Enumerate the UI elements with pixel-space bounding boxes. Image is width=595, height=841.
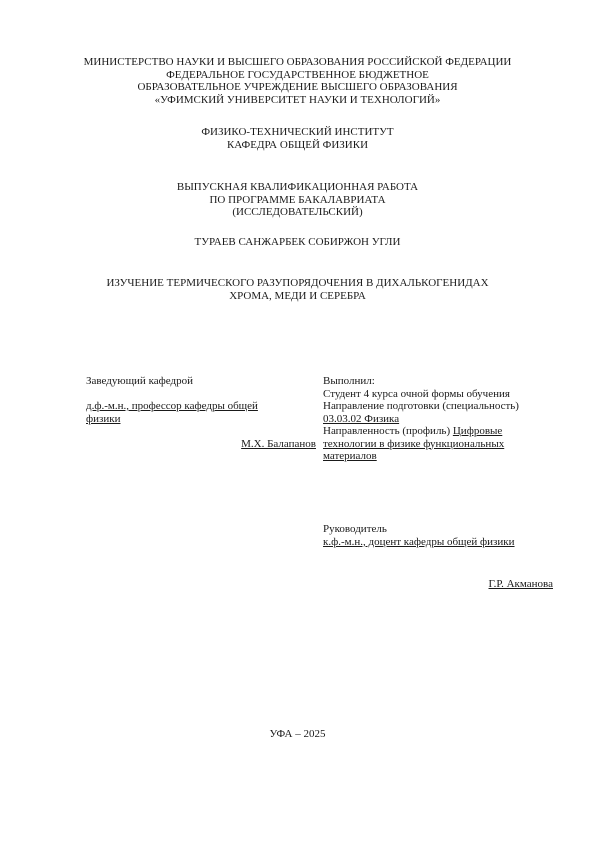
- head-position: д.ф.-м.н., профессор кафедры общей: [86, 400, 258, 412]
- work-type-line: ВЫПУСКНАЯ КВАЛИФИКАЦИОННАЯ РАБОТА: [0, 181, 595, 194]
- head-name-line: М.Х. Балапанов: [86, 438, 316, 451]
- institute-name: ФИЗИКО-ТЕХНИЧЕСКИЙ ИНСТИТУТ: [0, 126, 595, 139]
- profile-label: Направленность (профиль): [323, 425, 450, 437]
- direction-value: 03.03.02 Физика: [323, 413, 399, 425]
- profile-value-cont: материалов: [323, 450, 377, 462]
- department-name: КАФЕДРА ОБЩЕЙ ФИЗИКИ: [0, 139, 595, 152]
- supervisor-position-line: к.ф.-м.н., доцент кафедры общей физики: [323, 536, 553, 549]
- work-type-line: (ИССЛЕДОВАТЕЛЬСКИЙ): [0, 206, 595, 219]
- city-year: УФА – 2025: [0, 728, 595, 741]
- performed-block: Выполнил: Студент 4 курса очной формы об…: [323, 375, 563, 463]
- student-info: Студент 4 курса очной формы обучения: [323, 388, 563, 401]
- supervisor-label: Руководитель: [323, 523, 553, 536]
- supervisor-position: к.ф.-м.н., доцент кафедры общей физики: [323, 536, 515, 548]
- supervisor-block: Руководитель к.ф.-м.н., доцент кафедры о…: [323, 523, 553, 591]
- supervisor-name: Г.Р. Акманова: [489, 578, 554, 590]
- direction-label: Направление подготовки (специальность): [323, 400, 563, 413]
- profile-line: технологии в физике функциональных: [323, 438, 563, 451]
- title-line: ИЗУЧЕНИЕ ТЕРМИЧЕСКОГО РАЗУПОРЯДОЧЕНИЯ В …: [0, 277, 595, 290]
- direction-line: 03.03.02 Физика: [323, 413, 563, 426]
- head-of-department-block: Заведующий кафедрой д.ф.-м.н., профессор…: [86, 375, 316, 450]
- supervisor-name-line: Г.Р. Акманова: [323, 578, 553, 591]
- head-label: Заведующий кафедрой: [86, 375, 316, 388]
- title-line: ХРОМА, МЕДИ И СЕРЕБРА: [0, 290, 595, 303]
- profile-value: Цифровые: [453, 425, 502, 437]
- head-position-cont: физики: [86, 413, 120, 425]
- header-line: ФЕДЕРАЛЬНОЕ ГОСУДАРСТВЕННОЕ БЮДЖЕТНОЕ: [0, 69, 595, 82]
- header-line: МИНИСТЕРСТВО НАУКИ И ВЫСШЕГО ОБРАЗОВАНИЯ…: [0, 56, 595, 69]
- header-line: «УФИМСКИЙ УНИВЕРСИТЕТ НАУКИ И ТЕХНОЛОГИЙ…: [0, 94, 595, 107]
- header-line: ОБРАЗОВАТЕЛЬНОЕ УЧРЕЖДЕНИЕ ВЫСШЕГО ОБРАЗ…: [0, 81, 595, 94]
- author-name: ТУРАЕВ САНЖАРБЕК СОБИРЖОН УГЛИ: [0, 236, 595, 249]
- head-position-line: д.ф.-м.н., профессор кафедры общей: [86, 400, 316, 413]
- profile-value-cont: технологии в физике функциональных: [323, 438, 504, 450]
- head-position-line: физики: [86, 413, 316, 426]
- head-name: М.Х. Балапанов: [241, 438, 316, 450]
- profile-line: материалов: [323, 450, 563, 463]
- profile-line: Направленность (профиль) Цифровые: [323, 425, 563, 438]
- performed-label: Выполнил:: [323, 375, 563, 388]
- work-type-line: ПО ПРОГРАММЕ БАКАЛАВРИАТА: [0, 194, 595, 207]
